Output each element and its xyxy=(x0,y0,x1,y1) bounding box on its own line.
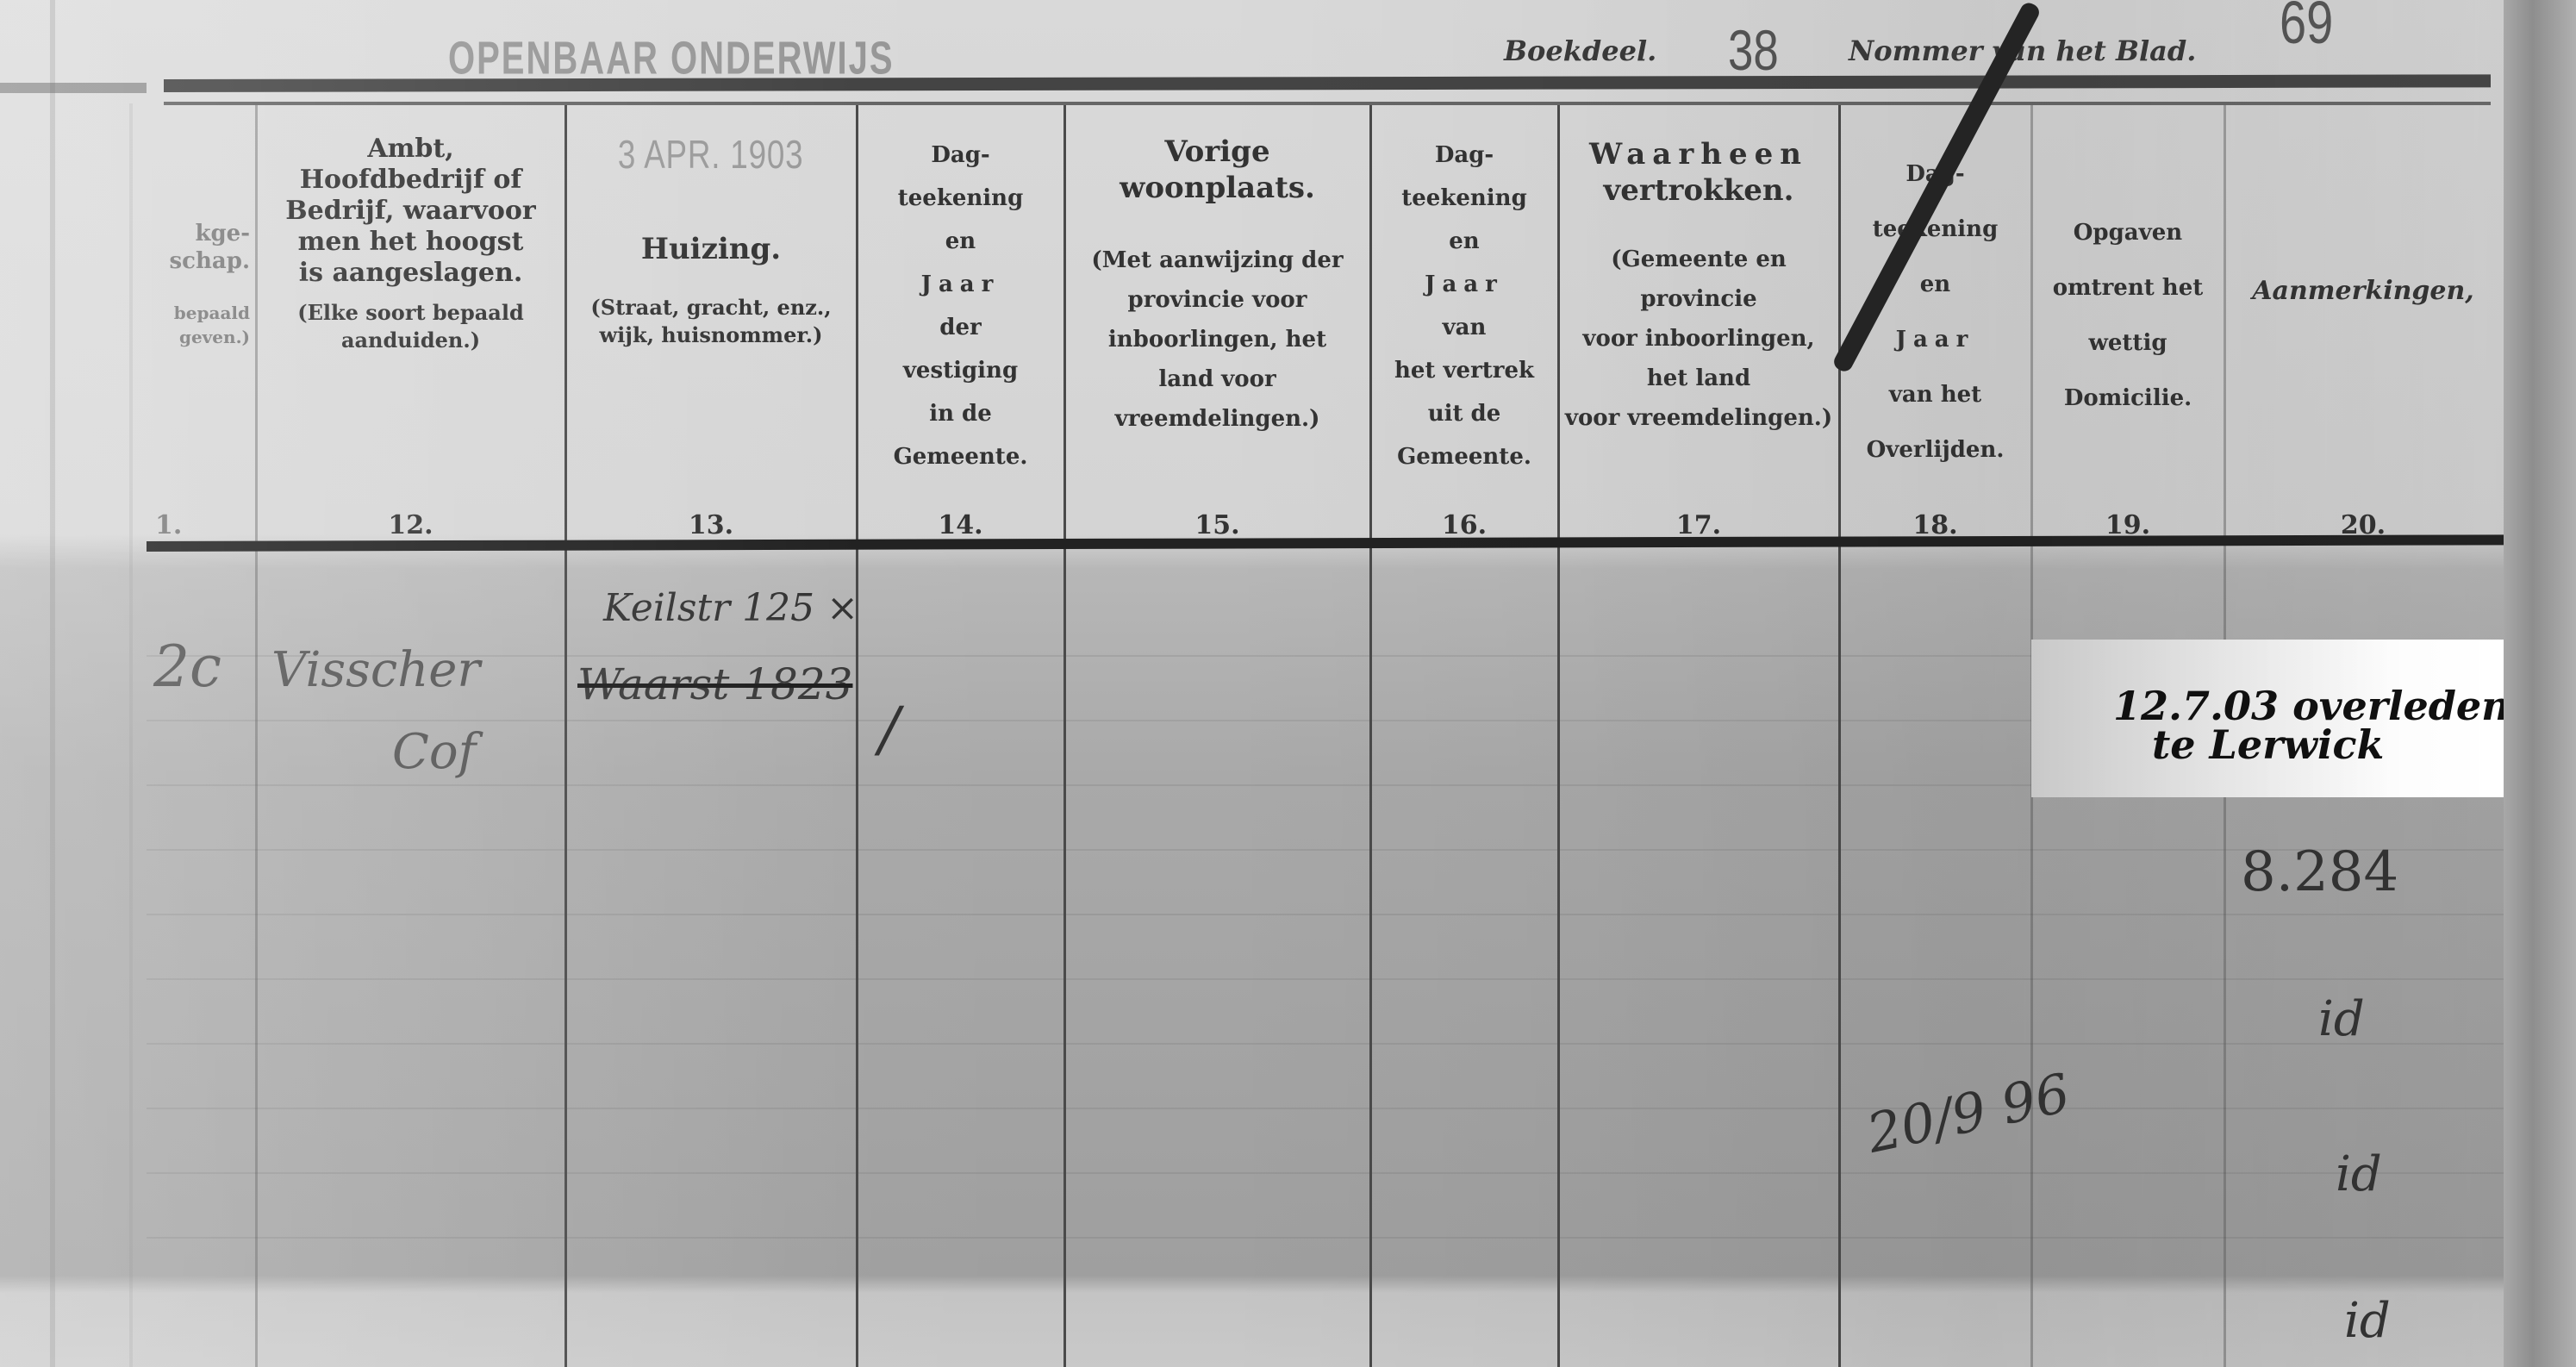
header-text: teekening xyxy=(1840,202,2030,257)
header-text: Huizing. xyxy=(566,234,856,265)
header-col-19: Opgaven omtrent het wettig Domicilie. 19… xyxy=(2032,112,2224,534)
header-text: inboorlingen, het xyxy=(1065,320,1369,359)
volume-label: Boekdeel. xyxy=(1504,34,1656,67)
remark-ditto: id xyxy=(2318,991,2365,1047)
header-text: (Elke soort bepaald xyxy=(257,299,564,327)
header-text: Aanmerkingen, xyxy=(2225,276,2501,306)
header-text: teekening xyxy=(1371,177,1557,220)
header-text: wijk, huisnommer.) xyxy=(566,321,856,349)
column-number: 18. xyxy=(1840,510,2030,540)
entry-col14-mark: / xyxy=(879,694,900,765)
header-text: kge- xyxy=(129,220,250,247)
header-text: voor vreemdelingen.) xyxy=(1559,398,1838,438)
header-text: van xyxy=(1371,306,1557,349)
header-col-20: Aanmerkingen, 20. xyxy=(2225,112,2501,534)
header-text: Overlijden. xyxy=(1840,422,2030,478)
header-col-13: 3 APR. 1903 Huizing. (Straat, gracht, en… xyxy=(566,112,856,534)
header-col-17: Waarheen vertrokken. (Gemeente en provin… xyxy=(1559,112,1838,534)
header-rule xyxy=(0,83,147,93)
header-text: Dag- xyxy=(1371,134,1557,177)
header-text: Jaar xyxy=(858,263,1063,306)
header-text: Ambt, xyxy=(257,134,564,165)
column-number: 20. xyxy=(2225,510,2501,540)
header-text: omtrent het xyxy=(2032,260,2224,315)
volume-number: 38 xyxy=(1728,17,1779,83)
header-text: men het hoogst xyxy=(257,227,564,258)
header-text: schap. xyxy=(129,247,250,275)
header-text: (Straat, gracht, enz., xyxy=(566,294,856,321)
remark-ditto: id xyxy=(2344,1293,2391,1349)
entry-address-struck: Waarst 1823 xyxy=(577,659,852,709)
header-text: en xyxy=(858,220,1063,263)
header-text: in de xyxy=(858,392,1063,435)
ruled-line xyxy=(147,978,2504,980)
header-text: wettig xyxy=(2032,315,2224,371)
sheet-number: 69 xyxy=(2280,0,2333,57)
header-text: het vertrek xyxy=(1371,349,1557,392)
ruled-line xyxy=(147,849,2504,851)
header-text: van het xyxy=(1840,367,2030,422)
ruled-line xyxy=(147,1172,2504,1174)
header-text: woonplaats. xyxy=(1065,170,1369,206)
death-note-line2: te Lerwick xyxy=(2152,721,2384,768)
header-text: vertrokken. xyxy=(1559,172,1838,209)
header-text: provincie voor xyxy=(1065,280,1369,320)
entry-occupation-line2: Cof xyxy=(392,724,476,780)
ruled-line xyxy=(147,1043,2504,1045)
header-text: provincie xyxy=(1559,279,1838,319)
date-stamp: 3 APR. 1903 xyxy=(618,131,803,178)
column-number: 15. xyxy=(1065,510,1369,540)
column-number: 13. xyxy=(566,510,856,540)
column-number: 16. xyxy=(1371,510,1557,540)
header-text: en xyxy=(1371,220,1557,263)
header-col-15: Vorige woonplaats. (Met aanwijzing der p… xyxy=(1065,112,1369,534)
ruled-line xyxy=(147,1237,2504,1239)
header-text: het land xyxy=(1559,359,1838,398)
header-text: der xyxy=(858,306,1063,349)
header-text: Vorige xyxy=(1065,134,1369,170)
header-text: geven.) xyxy=(129,325,250,349)
header-text: teekening xyxy=(858,177,1063,220)
column-number: 12. xyxy=(257,510,564,540)
header-text: vestiging xyxy=(858,349,1063,392)
header-text: voor inboorlingen, xyxy=(1559,319,1838,359)
page-edge xyxy=(2504,0,2576,1367)
header-text: Gemeente. xyxy=(1371,435,1557,478)
column-number: 17. xyxy=(1559,510,1838,540)
header-col-1: kge- schap. bepaald geven.) 1. xyxy=(129,112,255,534)
header-text: Bedrijf, waarvoor xyxy=(257,196,564,227)
header-text: uit de xyxy=(1371,392,1557,435)
entry-address-new: Keilstr 125 × xyxy=(603,586,858,630)
ruled-line xyxy=(147,914,2504,915)
header-col-16: Dag- teekening en Jaar van het vertrek u… xyxy=(1371,112,1557,534)
header-text: Jaar xyxy=(1371,263,1557,306)
header-text: (Met aanwijzing der xyxy=(1065,240,1369,280)
entry-occupation: Visscher xyxy=(271,642,480,698)
header-text: bepaald xyxy=(129,301,250,325)
header-col-12: Ambt, Hoofdbedrijf of Bedrijf, waarvoor … xyxy=(257,112,564,534)
header-text: land voor xyxy=(1065,359,1369,399)
column-number: 1. xyxy=(129,510,255,540)
header-text: Gemeente. xyxy=(858,435,1063,478)
header-text: Opgaven xyxy=(2032,205,2224,260)
pasted-death-note: 12.7.03 overleden te Lerwick xyxy=(2031,640,2551,797)
ruled-line xyxy=(147,1108,2504,1109)
remark-ditto: id xyxy=(2336,1146,2382,1202)
margin-line xyxy=(50,0,55,1367)
entry-death-date: 20/9 96 xyxy=(1862,1061,2075,1165)
entry-col1: 2c xyxy=(153,634,221,700)
header-col-14: Dag- teekening en Jaar der vestiging in … xyxy=(858,112,1063,534)
column-number: 19. xyxy=(2032,510,2224,540)
header-text: Hoofdbedrijf of xyxy=(257,165,564,196)
header-text: Waarheen xyxy=(1559,136,1838,172)
remark-reference: 8.284 xyxy=(2241,840,2398,904)
header-text: aanduiden.) xyxy=(257,327,564,354)
header-text: (Gemeente en xyxy=(1559,240,1838,279)
header-text: Domicilie. xyxy=(2032,371,2224,426)
header-text: Dag- xyxy=(858,134,1063,177)
column-number: 14. xyxy=(858,510,1063,540)
register-page: OPENBAAR ONDERWIJS Boekdeel. 38 Nommer v… xyxy=(0,0,2576,1367)
header-text: vreemdelingen.) xyxy=(1065,399,1369,439)
header-rule-thin xyxy=(164,102,2491,105)
header-text: is aangeslagen. xyxy=(257,258,564,289)
